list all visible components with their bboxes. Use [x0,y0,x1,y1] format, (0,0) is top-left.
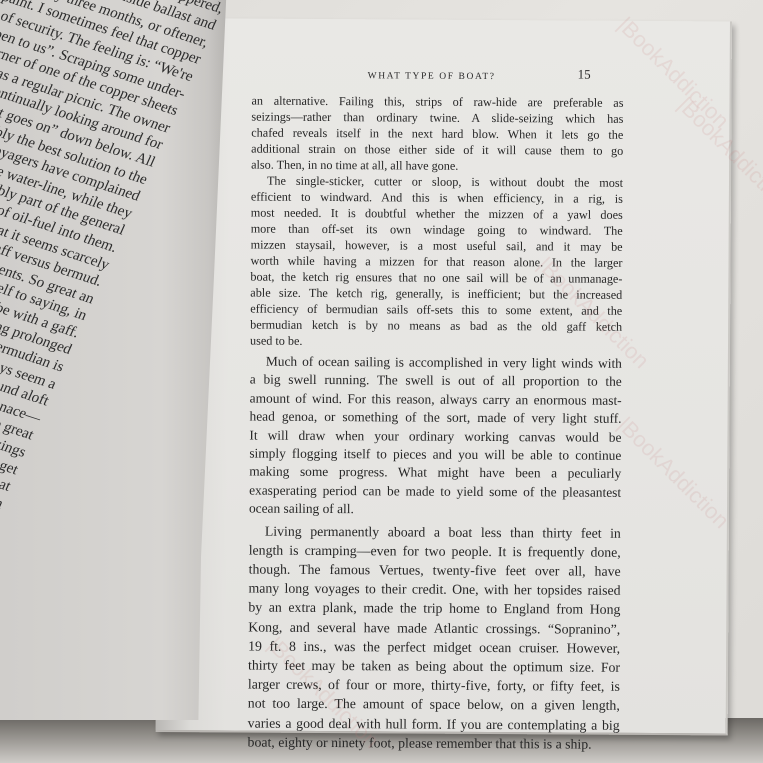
text-line: thirty feet may be taken as being about … [248,656,620,677]
text-line: Kong, and several have made Atlantic cro… [248,617,620,638]
text-line: larger crews, of four or more, thirty-fi… [248,675,620,696]
text-line: bermudian ketch is by no means as bad as… [250,317,622,335]
text-line: a big swell running. The swell is out of… [250,371,622,392]
text-line: boat, eighty or ninety foot, please reme… [248,732,620,753]
paragraph-1: an alternative. Failing this, strips of … [251,93,623,175]
text-line: amount of wind. For this reason, always … [250,389,622,410]
text-line: making some progress. What might have be… [249,463,621,484]
text-line: though. The famous Vertues, twenty-five … [249,560,621,581]
running-head: WHAT TYPE OF BOAT? [368,71,496,82]
text-line: varies a good deal with hull form. If yo… [248,713,620,734]
left-page-body: ry prevalent. Without this e sloops ther… [0,0,234,599]
text-line: length is cramping—even for two people. … [249,540,621,561]
paragraph-2: The single-sticker, cutter or sloop, is … [250,173,623,351]
page-body: an alternative. Failing this, strips of … [248,93,624,754]
text-line: exasperating period can be made to yield… [249,481,621,502]
text-line: used to be. [250,333,622,351]
text-line: Living permanently aboard a boat less th… [249,521,621,542]
text-line: ocean sailing of all. [249,500,621,521]
text-line: many long voyages to their credit. One, … [248,579,620,600]
text-line: Much of ocean sailing is accomplished in… [250,353,622,374]
text-line: 19 ft. 8 ins., was the perfect midget oc… [248,636,620,657]
paragraph-4: Living permanently aboard a boat less th… [248,521,621,754]
text-line: by an extra plank, made the trip home to… [248,598,620,619]
text-line: not too large. The amount of space below… [248,694,620,715]
text-line: simply flogging itself to pieces and you… [249,445,621,466]
right-page: WHAT TYPE OF BOAT? 15 an alternative. Fa… [156,18,732,735]
text-line: It will draw when your ordinary working … [249,426,621,447]
paragraph-3: Much of ocean sailing is accomplished in… [249,353,622,521]
page-number: 15 [578,67,591,83]
text-line: head genoa, or something of the sort, ma… [250,408,622,429]
